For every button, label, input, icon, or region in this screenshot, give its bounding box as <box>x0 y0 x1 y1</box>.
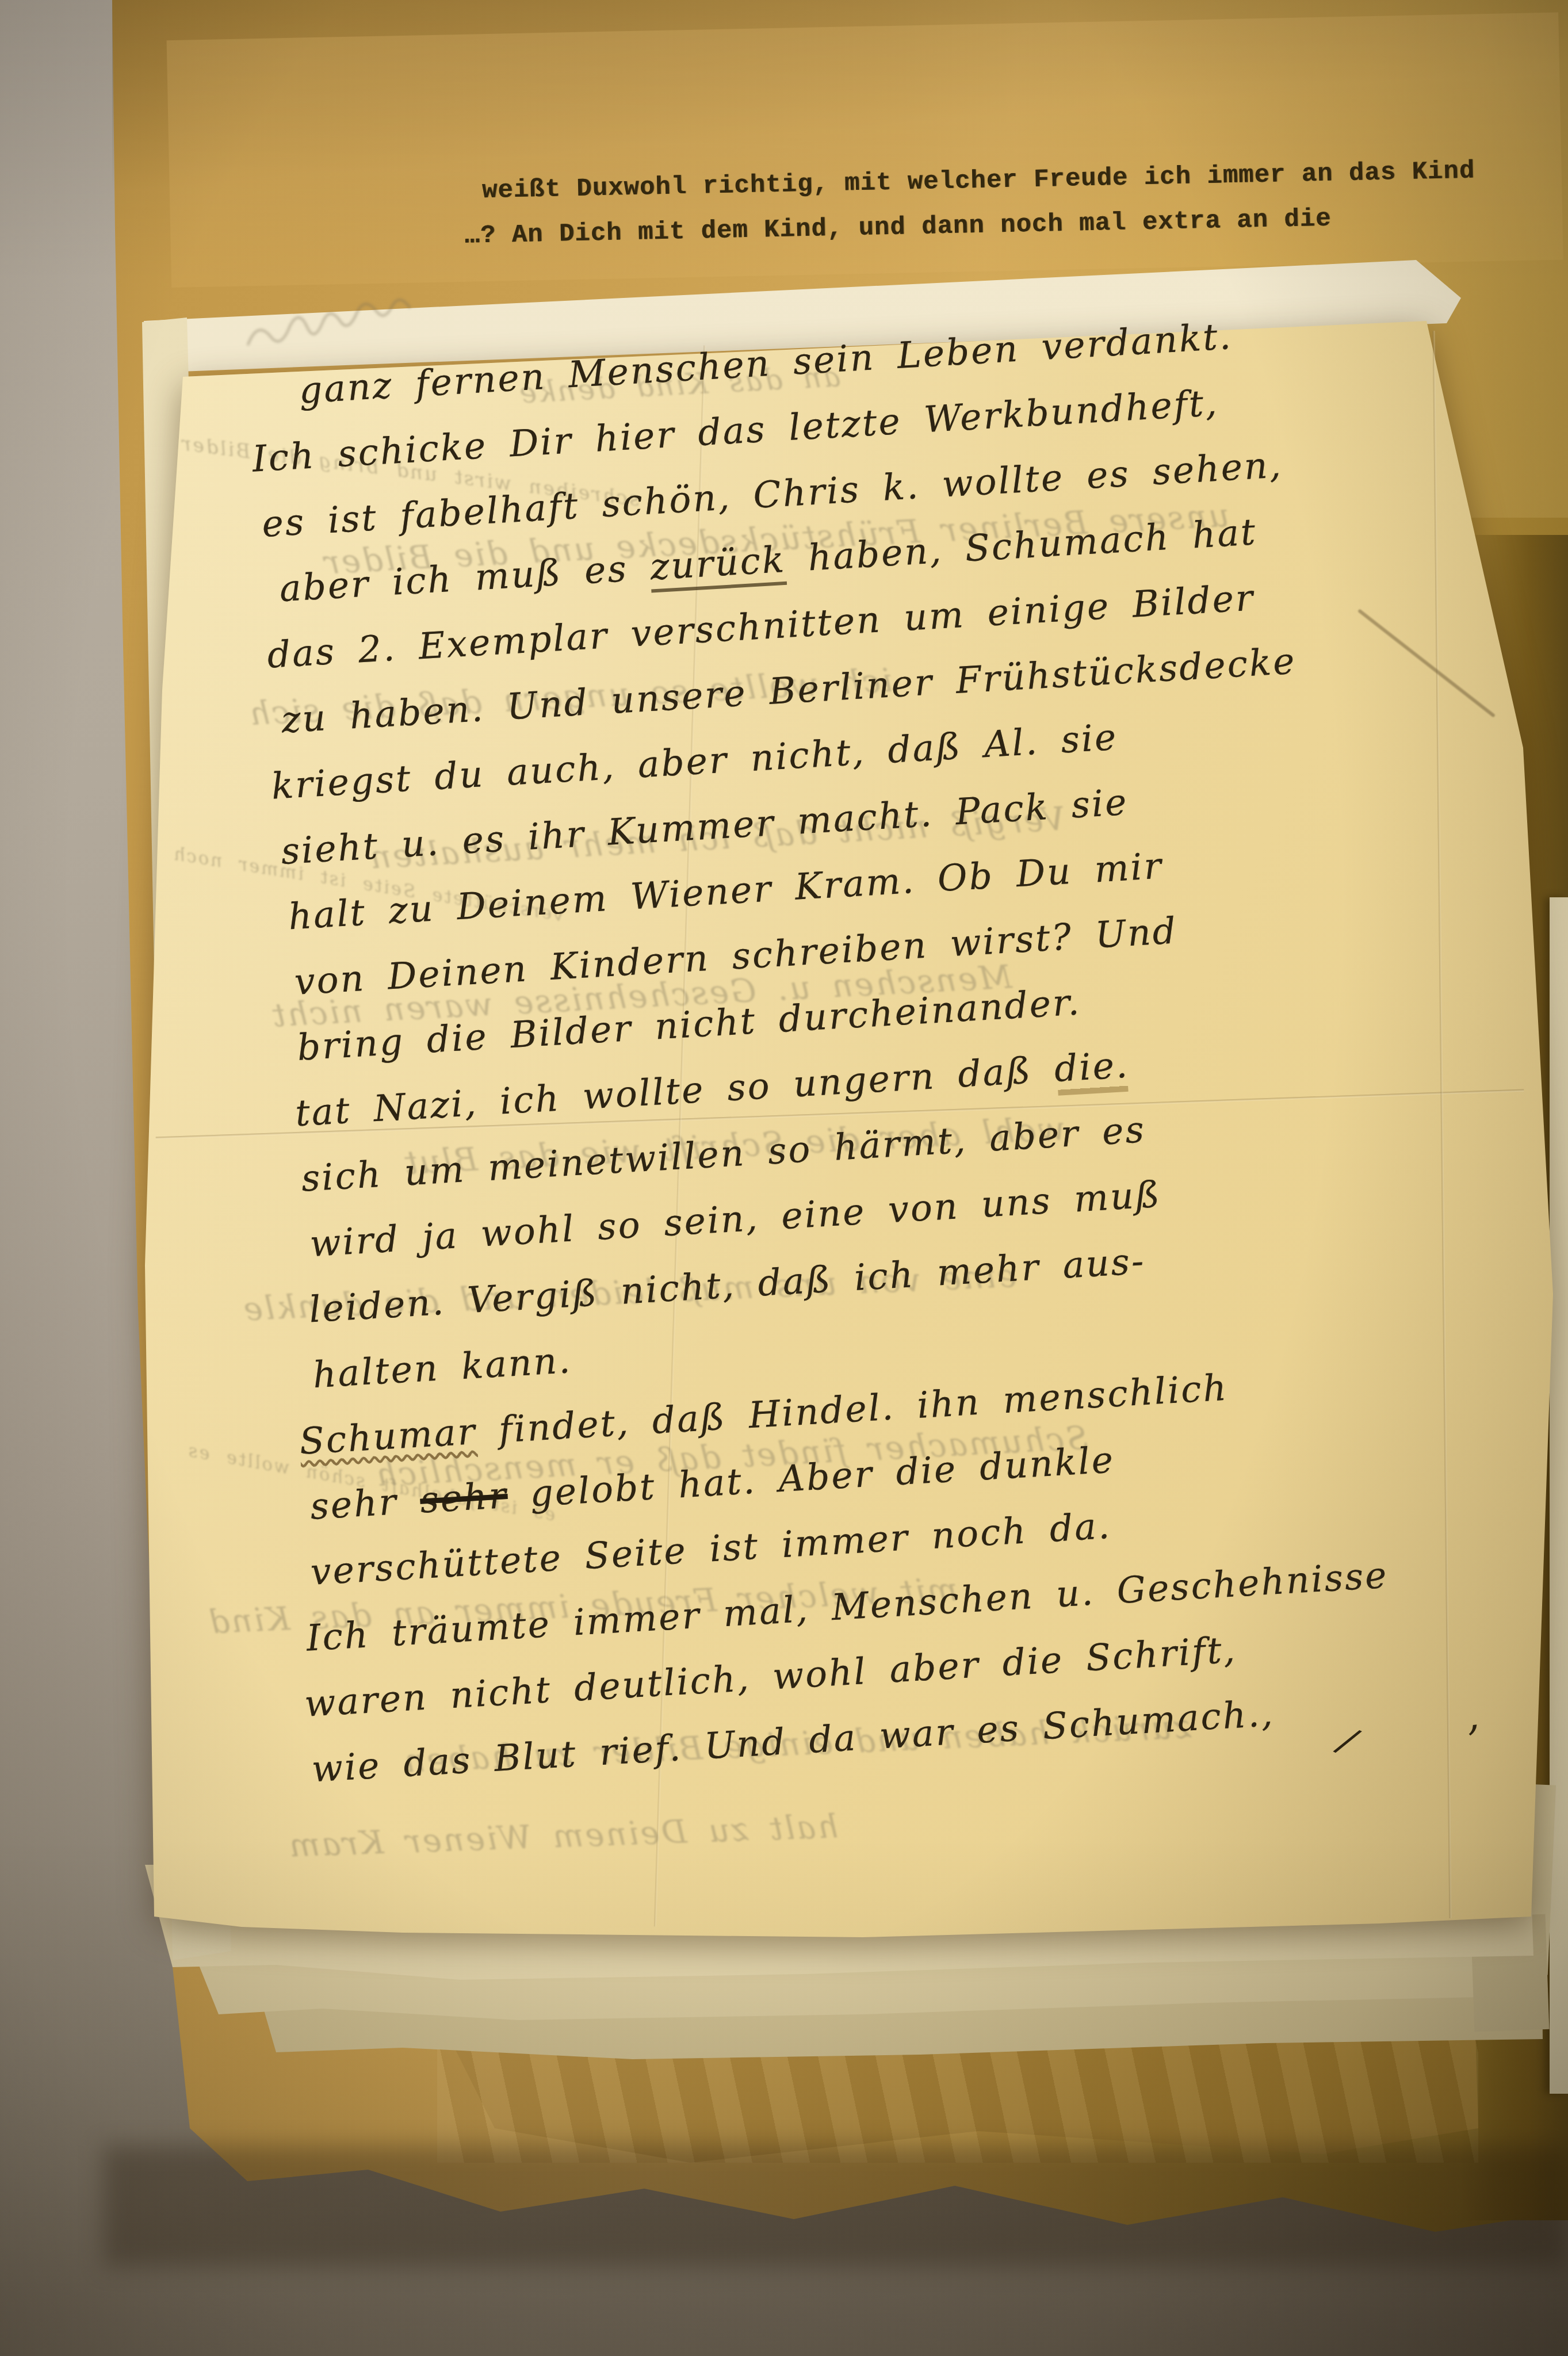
letter-word-s: sehr <box>419 1474 508 1521</box>
photo-of-letter: weißt Duxwohl richtig, mit welcher Freud… <box>0 0 1568 2356</box>
shadow-under-folder-edge <box>104 2145 1568 2266</box>
handwriting-text-block: ganz fernen Menschen sein Leben verdankt… <box>247 300 1566 1812</box>
letter-word-up: die. <box>1053 1044 1130 1090</box>
letter-text: sehr <box>309 1479 421 1528</box>
letter-word-u: zurück <box>649 538 787 593</box>
